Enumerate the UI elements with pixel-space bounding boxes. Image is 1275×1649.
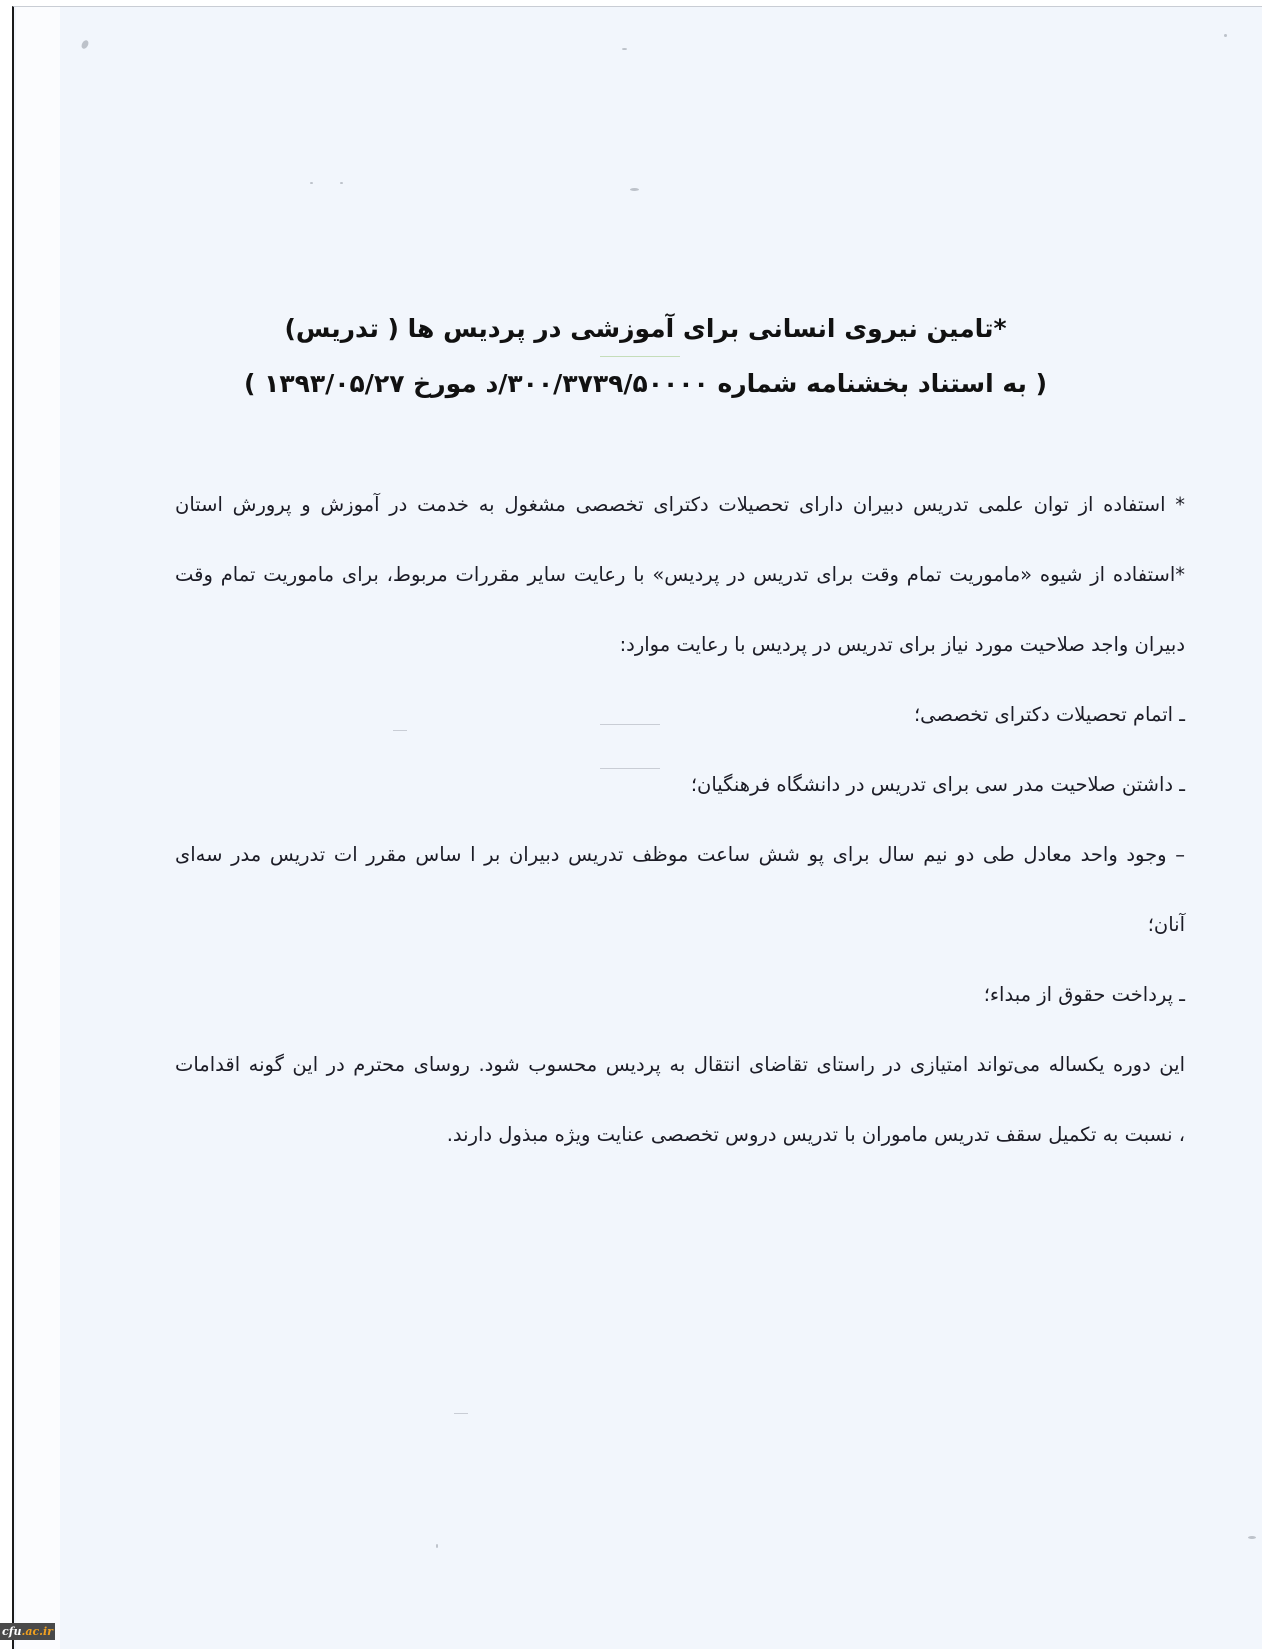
closing-paragraph-line-1: این دوره یکساله می‌تواند امتیازی در راست… bbox=[175, 1050, 1185, 1080]
closing-paragraph-line-2: ، نسبت به تکمیل سقف تدریس ماموران با تدر… bbox=[447, 1120, 1185, 1150]
scan-speck bbox=[310, 182, 313, 184]
title-underline-artifact bbox=[600, 356, 680, 357]
condition-item-2: ـ داشتن صلاحیت مدر سی برای تدریس در دانش… bbox=[691, 770, 1185, 800]
watermark-suffix: .ac.ir bbox=[21, 1625, 52, 1638]
scan-dash bbox=[393, 730, 407, 731]
body-paragraph-1: * استفاده از توان علمی تدریس دبیران دارا… bbox=[175, 490, 1185, 520]
condition-item-4: ـ پرداخت حقوق از مبداء؛ bbox=[984, 980, 1185, 1010]
body-paragraph-2-line-1: *استفاده از شیوه «ماموریت تمام وقت برای … bbox=[175, 560, 1185, 590]
page-edge-shade bbox=[16, 7, 60, 1649]
scan-left-margin bbox=[0, 0, 12, 1649]
scan-dash bbox=[454, 1413, 468, 1414]
scan-speck bbox=[1248, 1536, 1256, 1539]
scan-speck bbox=[1224, 34, 1227, 37]
document-title: *تامین نیروی انسانی برای آموزشی در پردیس… bbox=[8, 314, 1275, 343]
site-watermark: cfu.ac.ir bbox=[0, 1623, 55, 1640]
watermark-prefix: cfu bbox=[2, 1625, 21, 1638]
document-subtitle-reference: ( به استناد بخشنامه شماره ۳۰۰/۳۷۳۹/۵۰۰۰۰… bbox=[8, 369, 1275, 398]
condition-item-3-line-1: – وجود واحد معادل طی دو نیم سال برای پو … bbox=[175, 840, 1185, 870]
scan-speck bbox=[436, 1544, 438, 1548]
condition-item-1: ـ اتمام تحصیلات دکترای تخصصی؛ bbox=[914, 700, 1185, 730]
body-paragraph-2-line-2: دبیران واجد صلاحیت مورد نیاز برای تدریس … bbox=[620, 630, 1185, 660]
scan-dash bbox=[600, 724, 660, 725]
scan-speck bbox=[630, 188, 639, 191]
scan-speck bbox=[340, 182, 343, 184]
scanned-page bbox=[12, 6, 1262, 1649]
scan-speck bbox=[622, 48, 627, 50]
scan-dash bbox=[600, 768, 660, 769]
condition-item-3-line-2: آنان؛ bbox=[1148, 910, 1185, 940]
